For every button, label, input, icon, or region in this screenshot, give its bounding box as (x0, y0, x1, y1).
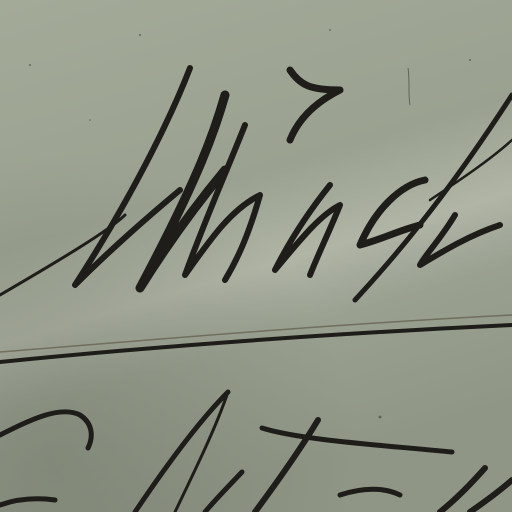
paper-with-ink (0, 0, 512, 512)
handwriting-photo: München ultram (0, 0, 512, 512)
